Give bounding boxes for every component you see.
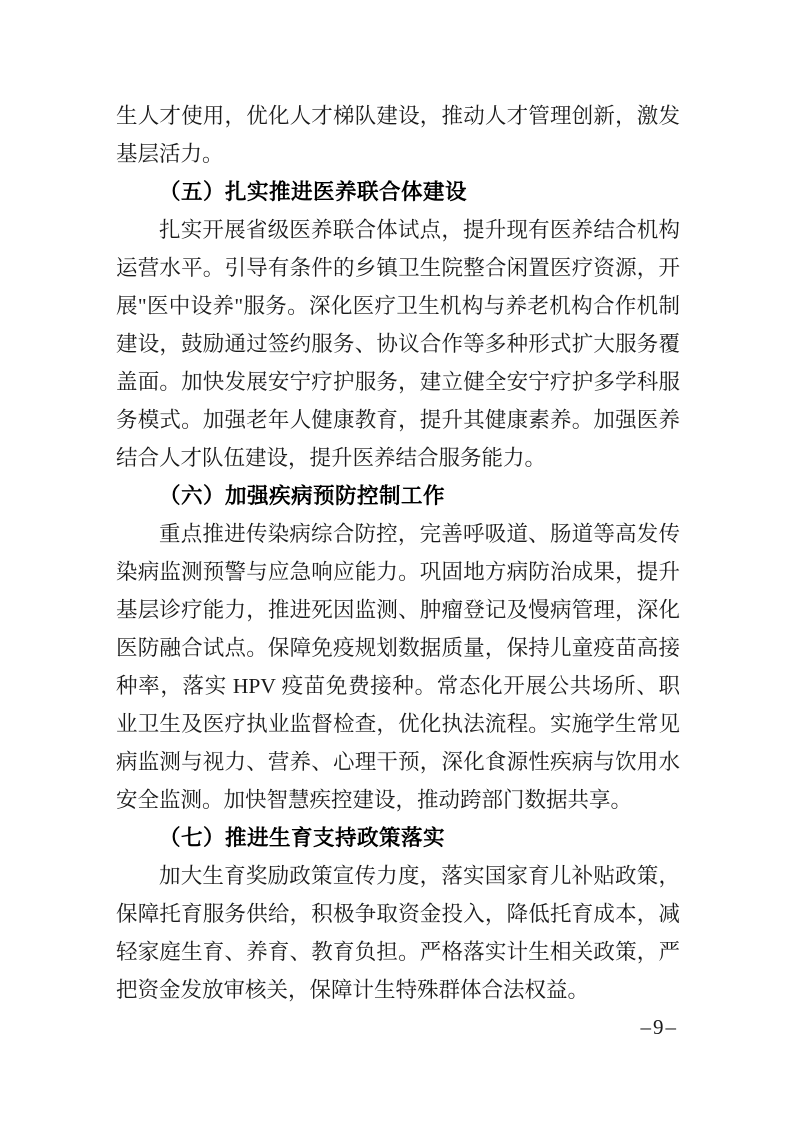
body-text-line: 扎实开展省级医养联合体试点，提升现有医养结合机构 bbox=[116, 211, 680, 249]
body-text-line: 务模式。加强老年人健康教育，提升其健康素养。加强医养 bbox=[116, 401, 680, 439]
body-text-line: 业卫生及医疗执业监督检查，优化执法流程。实施学生常见 bbox=[116, 705, 680, 743]
body-text-line: 基层诊疗能力，推进死因监测、肿瘤登记及慢病管理，深化 bbox=[116, 591, 680, 629]
body-text-line: 医防融合试点。保障免疫规划数据质量，保持儿童疫苗高接 bbox=[116, 629, 680, 667]
body-text-line: 盖面。加快发展安宁疗护服务，建立健全安宁疗护多学科服 bbox=[116, 363, 680, 401]
document-page: 生人才使用，优化人才梯队建设，推动人才管理创新，激发基层活力。（五）扎实推进医养… bbox=[0, 0, 793, 1122]
body-text-line: 运营水平。引导有条件的乡镇卫生院整合闲置医疗资源，开 bbox=[116, 249, 680, 287]
body-text-line: 种率，落实 HPV 疫苗免费接种。常态化开展公共场所、职 bbox=[116, 667, 680, 705]
body-text-line: 轻家庭生育、养育、教育负担。严格落实计生相关政策，严 bbox=[116, 933, 680, 971]
body-text-line: 染病监测预警与应急响应能力。巩固地方病防治成果，提升 bbox=[116, 553, 680, 591]
body-text-line: 病监测与视力、营养、心理干预，深化食源性疾病与饮用水 bbox=[116, 743, 680, 781]
body-text-line: 生人才使用，优化人才梯队建设，推动人才管理创新，激发 bbox=[116, 97, 680, 135]
body-text-line: 展"医中设养"服务。深化医疗卫生机构与养老机构合作机制 bbox=[116, 287, 680, 325]
body-text-line: 结合人才队伍建设，提升医养结合服务能力。 bbox=[116, 439, 680, 477]
body-text-line: 基层活力。 bbox=[116, 135, 680, 173]
body-text-line: 保障托育服务供给，积极争取资金投入，降低托育成本，减 bbox=[116, 895, 680, 933]
body-text-line: 重点推进传染病综合防控，完善呼吸道、肠道等高发传 bbox=[116, 515, 680, 553]
section-heading: （七）推进生育支持政策落实 bbox=[116, 819, 680, 857]
body-text-line: 把资金发放审核关，保障计生特殊群体合法权益。 bbox=[116, 971, 680, 1009]
section-heading: （六）加强疾病预防控制工作 bbox=[116, 477, 680, 515]
body-text-line: 建设，鼓励通过签约服务、协议合作等多种形式扩大服务覆 bbox=[116, 325, 680, 363]
page-number: –9– bbox=[116, 1011, 680, 1043]
document-body: 生人才使用，优化人才梯队建设，推动人才管理创新，激发基层活力。（五）扎实推进医养… bbox=[116, 97, 680, 1043]
body-text-line: 加大生育奖励政策宣传力度，落实国家育儿补贴政策， bbox=[116, 857, 680, 895]
section-heading: （五）扎实推进医养联合体建设 bbox=[116, 173, 680, 211]
body-text-line: 安全监测。加快智慧疾控建设，推动跨部门数据共享。 bbox=[116, 781, 680, 819]
